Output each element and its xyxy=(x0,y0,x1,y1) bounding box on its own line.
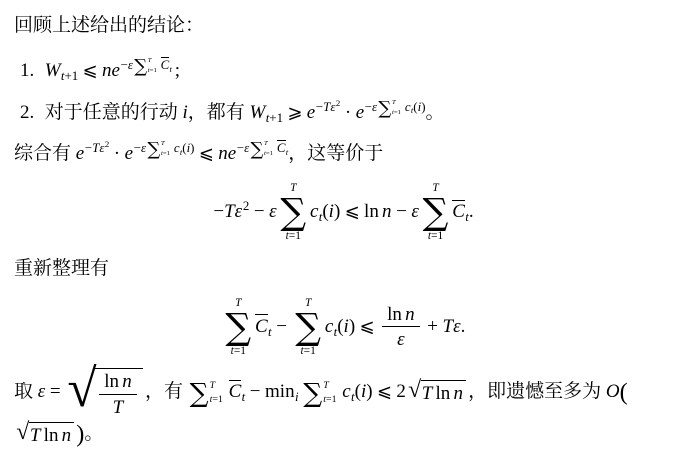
math-variable: ε xyxy=(141,140,146,155)
lower-limit: t=1 xyxy=(210,395,223,405)
math-variable: ε xyxy=(330,99,335,114)
math-variable: n xyxy=(382,201,392,222)
cjk-text: 重新整理有 xyxy=(14,258,109,279)
denominator: T xyxy=(99,394,137,419)
math-char: T xyxy=(210,380,216,391)
cjk-text: ，这等价于 xyxy=(288,143,383,164)
summation-limits: Tt=1 xyxy=(161,141,170,158)
upper-limit: T xyxy=(210,381,223,391)
math-operator: − xyxy=(250,381,261,402)
summation-limits: Tt=1 xyxy=(148,58,157,75)
list-item-2-label: 2. xyxy=(20,102,34,123)
sigma-icon: ∑ xyxy=(190,381,209,406)
math-char: C xyxy=(161,57,170,72)
lower-limit: t=1 xyxy=(161,151,170,158)
summation-inline: ∑Tt=1 xyxy=(190,381,223,406)
math-symbol: . xyxy=(469,201,474,222)
math-variable: ε xyxy=(38,381,46,402)
math-char: 2 xyxy=(243,198,249,213)
radicand: Tlnn xyxy=(421,380,466,405)
math-char: T xyxy=(264,140,268,147)
radical-icon: √ xyxy=(67,368,96,409)
summation-display: T∑t=1 xyxy=(295,297,321,357)
math-operator: ⩽ xyxy=(199,143,214,164)
math-char: 1 xyxy=(153,67,156,74)
math-symbol: ) xyxy=(366,381,372,402)
math-variable: T xyxy=(422,383,433,404)
upper-limit: T xyxy=(148,58,157,65)
math-operator: − xyxy=(396,201,407,222)
math-char: T xyxy=(323,380,329,391)
cjk-text: 。 xyxy=(84,423,103,444)
math-symbol: − xyxy=(237,140,244,155)
list-item-2: 2.对于任意的行动 i，都有 Wt+1⩾e−Tε2·e−ε∑Tt=1ct(i)。 xyxy=(14,96,673,129)
math-char: 1 xyxy=(437,230,443,242)
subscript: t xyxy=(170,64,172,74)
math-symbol: − xyxy=(134,140,141,155)
math-char: 1 xyxy=(240,345,246,357)
math-variable: c xyxy=(174,140,180,155)
math-char: C xyxy=(255,316,268,337)
intro-text: 回顾上述给出的结论： xyxy=(14,15,204,36)
math-symbol: ) xyxy=(334,201,340,222)
summation-limits: Tt=1 xyxy=(323,381,336,406)
math-char: i xyxy=(295,389,299,404)
radicand: Tlnn xyxy=(29,422,74,447)
radical-icon: √ xyxy=(408,380,421,400)
lower-limit: t=1 xyxy=(148,68,157,75)
summation-inline: ∑Tt=1 xyxy=(378,100,401,117)
sigma-icon: ∑ xyxy=(378,100,391,117)
numerator: lnn xyxy=(382,304,420,327)
math-char: + xyxy=(269,110,276,125)
math-symbol: − xyxy=(213,201,224,222)
math-variable: ε xyxy=(244,140,249,155)
overline-group: C xyxy=(229,380,242,402)
math-char: 2 xyxy=(105,139,109,149)
display-equation-1: −Tε2−εT∑t=1ct(i)⩽lnn−εT∑t=1Ct. xyxy=(14,182,673,242)
cjk-text: 综合有 xyxy=(14,143,76,164)
lower-limit: t=1 xyxy=(286,230,301,243)
display-equation-1-formula: −Tε2−εT∑t=1ct(i)⩽lnn−εT∑t=1Ct. xyxy=(213,201,473,222)
math-char: C xyxy=(277,140,286,155)
sigma-icon: ∑ xyxy=(303,381,322,406)
math-char: T xyxy=(161,140,165,147)
summation-display: T∑t=1 xyxy=(225,297,251,357)
lower-limit: t=1 xyxy=(323,395,336,405)
math-char: C xyxy=(452,201,465,222)
document-page: 回顾上述给出的结论： 1.Wt+1⩽ne−ε∑Tt=1Ct; 2.对于任意的行动… xyxy=(0,0,687,461)
cjk-text: 回顾上述给出的结论： xyxy=(14,15,204,36)
math-variable: ε xyxy=(99,140,104,155)
math-variable: T xyxy=(113,397,124,418)
math-variable: e xyxy=(76,143,84,164)
superscript: −ε∑Tt=1ct(i) xyxy=(365,99,426,114)
math-variable: c xyxy=(405,99,411,114)
math-char: 1 xyxy=(167,150,170,157)
subscript: i xyxy=(295,389,299,404)
math-variable: c xyxy=(310,201,318,222)
cjk-text: 对于任意的行动 xyxy=(45,102,183,123)
math-function: ln xyxy=(44,425,59,446)
math-symbol: 2 xyxy=(396,381,406,402)
lower-limit: t=1 xyxy=(300,345,315,358)
summation-limits: Tt=1 xyxy=(264,141,273,158)
upper-limit: T xyxy=(161,141,170,148)
upper-limit: T xyxy=(392,100,401,107)
superscript: −ε∑Tt=1Ct xyxy=(121,57,172,72)
math-symbol: . xyxy=(461,316,466,337)
math-variable: W xyxy=(250,102,266,123)
math-char: 1 xyxy=(398,109,401,116)
math-operator: · xyxy=(114,143,120,164)
combined-inequality-paragraph: 综合有 e−Tε2·e−ε∑Tt=1ct(i)⩽ne−ε∑Tt=1Ct，这等价于 xyxy=(14,137,673,170)
square-root: √lnnT xyxy=(67,368,142,419)
math-symbol: − xyxy=(121,57,128,72)
math-variable: n xyxy=(405,304,415,325)
math-function: ln xyxy=(104,371,119,392)
upper-limit: T xyxy=(264,141,273,148)
math-operator: ⩽ xyxy=(359,316,374,337)
subscript: t xyxy=(242,389,246,404)
square-root: √Tlnn xyxy=(16,422,74,447)
sigma-icon: ∑ xyxy=(423,195,449,230)
math-char: C xyxy=(229,381,242,402)
cjk-text: 。 xyxy=(426,102,445,123)
combined-inequality-text: 综合有 e−Tε2·e−ε∑Tt=1ct(i)⩽ne−ε∑Tt=1Ct，这等价于 xyxy=(14,143,383,164)
math-char: 1 xyxy=(218,394,223,405)
lower-limit: t=1 xyxy=(392,110,401,117)
list-item-1-formula: Wt+1⩽ne−ε∑Tt=1Ct; xyxy=(45,60,180,81)
math-operator: − xyxy=(276,316,287,337)
cjk-text: ，都有 xyxy=(188,102,250,123)
math-variable: ε xyxy=(372,99,377,114)
math-operator: + xyxy=(427,316,438,337)
summation-display: T∑t=1 xyxy=(280,182,306,242)
summation-inline: ∑Tt=1 xyxy=(303,381,336,406)
radicand: lnnT xyxy=(95,368,142,419)
math-char: + xyxy=(64,68,71,83)
math-char: t xyxy=(242,389,246,404)
math-variable: ε xyxy=(269,201,277,222)
sigma-icon: ∑ xyxy=(295,310,321,345)
math-function: ln xyxy=(387,304,402,325)
lower-limit: t=1 xyxy=(264,151,273,158)
cjk-text: 取 xyxy=(14,381,38,402)
math-variable: T xyxy=(443,316,454,337)
subscript: t xyxy=(268,324,272,339)
fraction: lnnε xyxy=(382,304,420,352)
math-variable: n xyxy=(454,383,464,404)
display-equation-2-formula: T∑t=1Ct−T∑t=1ct(i)⩽lnnε+Tε. xyxy=(222,316,466,337)
math-symbol: − xyxy=(365,99,372,114)
superscript: −ε∑Tt=1Ct xyxy=(237,140,288,155)
superscript: −Tε2 xyxy=(316,99,340,114)
math-symbol: ) xyxy=(190,140,194,155)
math-variable: T xyxy=(224,201,235,222)
math-char: 1 xyxy=(295,230,301,242)
math-variable: ε xyxy=(411,201,419,222)
lower-limit: t=1 xyxy=(428,230,443,243)
superscript: −ε∑Tt=1ct(i) xyxy=(134,140,195,155)
superscript: 2 xyxy=(243,198,249,213)
big-paren: ( xyxy=(620,379,628,406)
math-operator: · xyxy=(345,102,351,123)
math-variable: O xyxy=(606,381,620,402)
cjk-text: ，有 xyxy=(145,381,188,402)
math-variable: n xyxy=(62,425,72,446)
math-operator: ⩽ xyxy=(345,201,360,222)
math-variable: ε xyxy=(397,329,405,350)
numerator: lnn xyxy=(99,371,137,394)
denominator: ε xyxy=(382,326,420,351)
superscript: −Tε2 xyxy=(85,140,109,155)
math-variable: c xyxy=(325,316,333,337)
math-variable: ε xyxy=(235,201,243,222)
math-char: 1 xyxy=(270,150,273,157)
superscript: 2 xyxy=(105,139,109,149)
conclusion-paragraph: 取 ε=√lnnT，有 ∑Tt=1Ct−mini∑Tt=1ct(i)⩽2√Tln… xyxy=(14,368,673,451)
math-char: t xyxy=(170,64,172,74)
math-operator: ⩽ xyxy=(377,381,392,402)
upper-limit: T xyxy=(323,381,336,391)
overline-group: C xyxy=(161,57,170,72)
fraction: lnnT xyxy=(99,371,137,419)
math-variable: n xyxy=(122,371,132,392)
lower-limit: t=1 xyxy=(231,345,246,358)
superscript: 2 xyxy=(336,98,340,108)
math-symbol: ; xyxy=(175,60,180,81)
overline-group: C xyxy=(277,140,286,155)
math-variable: T xyxy=(30,425,41,446)
conclusion-text: 取 ε=√lnnT，有 ∑Tt=1Ct−mini∑Tt=1ct(i)⩽2√Tln… xyxy=(14,381,628,444)
summation-inline: ∑Tt=1 xyxy=(134,58,157,75)
math-variable: c xyxy=(342,381,350,402)
math-operator: = xyxy=(50,381,61,402)
rearrange-text: 重新整理有 xyxy=(14,258,109,279)
math-operator: ⩾ xyxy=(287,102,302,123)
summation-inline: ∑Tt=1 xyxy=(147,141,170,158)
math-char: 1 xyxy=(277,110,283,125)
display-equation-2: T∑t=1Ct−T∑t=1ct(i)⩽lnnε+Tε. xyxy=(14,297,673,357)
math-variable: e xyxy=(356,102,364,123)
overline-group: C xyxy=(255,314,268,336)
sigma-icon: ∑ xyxy=(280,195,306,230)
list-item-2-formula: 对于任意的行动 i，都有 Wt+1⩾e−Tε2·e−ε∑Tt=1ct(i)。 xyxy=(45,102,445,123)
math-variable: ne xyxy=(102,60,120,81)
math-variable: e xyxy=(125,143,133,164)
math-char: 1 xyxy=(72,68,78,83)
math-function: ln xyxy=(364,201,379,222)
math-char: t xyxy=(268,324,272,339)
summation-limits: Tt=1 xyxy=(392,100,401,117)
sigma-icon: ∑ xyxy=(147,141,160,158)
sigma-icon: ∑ xyxy=(134,58,147,75)
math-char: 1 xyxy=(332,394,337,405)
math-symbol: ) xyxy=(349,316,355,337)
subscript: t+1 xyxy=(61,68,78,83)
math-char: 2 xyxy=(336,98,340,108)
summation-limits: Tt=1 xyxy=(210,381,223,406)
cjk-text: ，即遗憾至多为 xyxy=(468,381,606,402)
math-operator: ⩽ xyxy=(83,60,98,81)
list-item-1-label: 1. xyxy=(20,60,34,81)
math-operator: − xyxy=(254,201,265,222)
overline-group: C xyxy=(452,200,465,222)
math-variable: e xyxy=(307,102,315,123)
sigma-icon: ∑ xyxy=(225,310,251,345)
math-variable: W xyxy=(45,60,61,81)
rearrange-paragraph: 重新整理有 xyxy=(14,253,673,285)
list-item-1: 1.Wt+1⩽ne−ε∑Tt=1Ct; xyxy=(14,54,673,87)
intro-paragraph: 回顾上述给出的结论： xyxy=(14,10,673,42)
sigma-icon: ∑ xyxy=(250,141,263,158)
math-variable: ε xyxy=(128,57,133,72)
radical-icon: √ xyxy=(16,422,29,442)
math-char: 1 xyxy=(310,345,316,357)
math-variable: ε xyxy=(453,316,461,337)
subscript: t+1 xyxy=(266,110,283,125)
math-variable: ne xyxy=(218,143,236,164)
math-char: T xyxy=(148,57,152,64)
math-function: ln xyxy=(436,383,451,404)
math-char: T xyxy=(392,99,396,106)
math-function: min xyxy=(265,381,295,402)
summation-display: T∑t=1 xyxy=(423,182,449,242)
square-root: √Tlnn xyxy=(408,380,466,405)
summation-inline: ∑Tt=1 xyxy=(250,141,273,158)
